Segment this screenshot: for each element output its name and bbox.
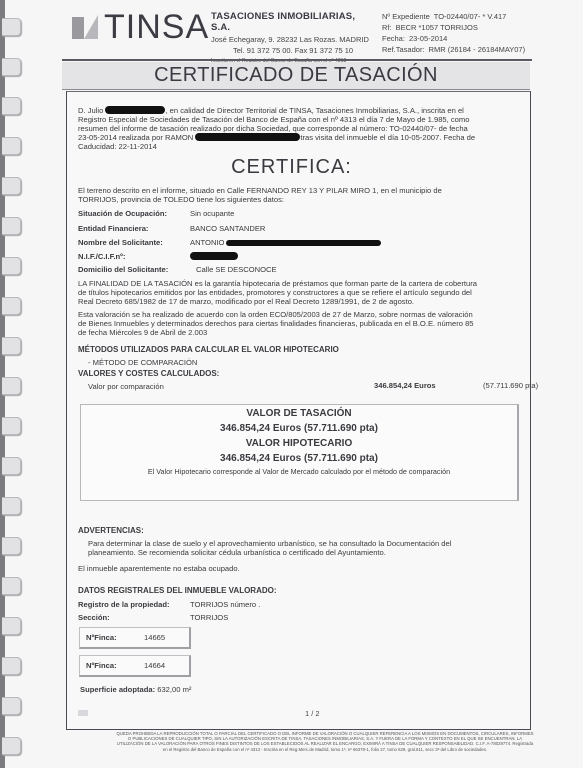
terreno-line-2: TORRIJOS, provincia de TOLEDO tiene los … — [78, 195, 284, 205]
binder-ring — [2, 537, 21, 555]
binder-ring — [2, 377, 21, 395]
field-seccion: Sección:TORRIJOS — [78, 613, 228, 622]
registrales-heading: DATOS REGISTRALES DEL INMUEBLE VALORADO: — [78, 586, 277, 596]
field-registro: Registro de la propiedad:TORRIJOS número… — [78, 600, 260, 609]
advertencias-heading: ADVERTENCIAS: — [78, 526, 144, 536]
legal-footer: QUEDA PROHIBIDA LA REPRODUCCIÓN TOTAL O … — [72, 731, 578, 752]
binder-rings — [0, 0, 22, 768]
valores-heading: VALORES Y COSTES CALCULADOS: — [78, 369, 219, 379]
field-superficie: Superficie adoptada: 632,00 m² — [80, 685, 191, 695]
binder-ring — [2, 457, 21, 475]
valor-note: El Valor Hipotecario corresponde al Valo… — [81, 467, 517, 476]
field-entidad: Entidad Financiera:BANCO SANTANDER — [78, 224, 265, 233]
binder-ring — [2, 18, 21, 36]
binder-ring — [2, 577, 21, 595]
binder-ring — [2, 177, 21, 195]
valor-hipotecario-value: 346.854,24 Euros (57.711.690 pta) — [81, 453, 517, 464]
binder-ring — [2, 737, 21, 755]
field-nif: N.I.F./C.I.F.nº: — [78, 252, 238, 261]
valor-comparacion-pta: (57.711.690 pta) — [483, 381, 538, 391]
reference-block: Nº ExpedienteTO-02440/07- * V.417 Rf:BEC… — [382, 11, 525, 55]
metodos-heading: MÉTODOS UTILIZADOS PARA CALCULAR EL VALO… — [78, 345, 339, 355]
finca-box: NºFinca:14664 — [79, 655, 191, 677]
binder-ring — [2, 697, 21, 715]
binder-ring — [2, 657, 21, 675]
logo-text: TINSA — [104, 10, 209, 44]
valor-comparacion-euros: 346.854,24 Euros — [374, 381, 436, 391]
ref-fecha: Fecha:23-05-2014 — [382, 33, 525, 44]
binder-ring — [2, 297, 21, 315]
binder-ring — [2, 257, 21, 275]
advertencias-line-2: planeamiento. Se recomienda solicitar cé… — [88, 548, 386, 558]
binder-ring — [2, 497, 21, 515]
metodo-item: - MÉTODO DE COMPARACIÓN — [88, 358, 197, 368]
valor-hipotecario-label: VALOR HIPOTECARIO — [81, 438, 517, 449]
finalidad-line-3: Real Decreto 685/1982 de 17 de marzo, mo… — [78, 297, 414, 307]
document-title-text: CERTIFICADO DE TASACIÓN — [154, 64, 438, 87]
valoracion-line-3: de fecha Miércoles 9 de Abril de 2.003 — [78, 328, 207, 338]
header-divider — [62, 59, 532, 61]
redacted-name — [105, 106, 165, 114]
valor-comparacion-label: Valor por comparación — [88, 382, 164, 392]
company-info: TASACIONES INMOBILIARIAS, S.A. José Eche… — [211, 11, 371, 64]
finca-box: NºFinca:14665 — [79, 627, 191, 649]
page-indicator: 1 / 2 — [305, 709, 320, 718]
stamp-mark — [78, 710, 88, 716]
binder-ring — [2, 337, 21, 355]
binder-ring — [2, 58, 21, 76]
tinsa-logo: TINSA — [72, 10, 209, 44]
redacted-name — [195, 133, 300, 141]
document-title: CERTIFICADO DE TASACIÓN — [62, 62, 530, 90]
valor-tasacion-label: VALOR DE TASACIÓN — [81, 408, 517, 419]
advertencias-line-3: El inmueble aparentemente no estaba ocup… — [78, 564, 240, 574]
ref-tasador: Ref.Tasador:RMR (26184 - 26184MAY07) — [382, 44, 525, 55]
company-name: TASACIONES INMOBILIARIAS, S.A. — [211, 11, 371, 33]
field-solicitante: Nombre del Solicitante:ANTONIO — [78, 238, 381, 247]
binder-ring — [2, 137, 21, 155]
valuation-summary-box: VALOR DE TASACIÓN 346.854,24 Euros (57.7… — [80, 404, 519, 501]
certifica-heading: CERTIFICA: — [0, 156, 583, 179]
company-address: José Echegaray, 9. 28232 Las Rozas. MADR… — [211, 35, 371, 44]
valor-tasacion-value: 346.854,24 Euros (57.711.690 pta) — [81, 423, 517, 434]
field-domicilio: Domicilio del Solicitante:Calle SE DESCO… — [78, 265, 277, 274]
logo-mark-icon — [72, 13, 100, 41]
company-phone: Tel. 91 372 75 00. Fax 91 372 75 10 — [211, 46, 371, 55]
binder-ring — [2, 97, 21, 115]
binder-ring — [2, 417, 21, 435]
intro-line-5: Caducidad: 22-11-2014 — [78, 142, 157, 152]
ref-expediente: Nº ExpedienteTO-02440/07- * V.417 — [382, 11, 525, 22]
ref-rf: Rf:BECR *1057 TORRIJOS — [382, 22, 525, 33]
redacted-nif — [190, 252, 238, 260]
redacted-name — [226, 240, 381, 246]
binder-ring — [2, 617, 21, 635]
binder-ring — [2, 217, 21, 235]
field-ocupacion: Situación de Ocupación:Sin ocupante — [78, 209, 234, 218]
